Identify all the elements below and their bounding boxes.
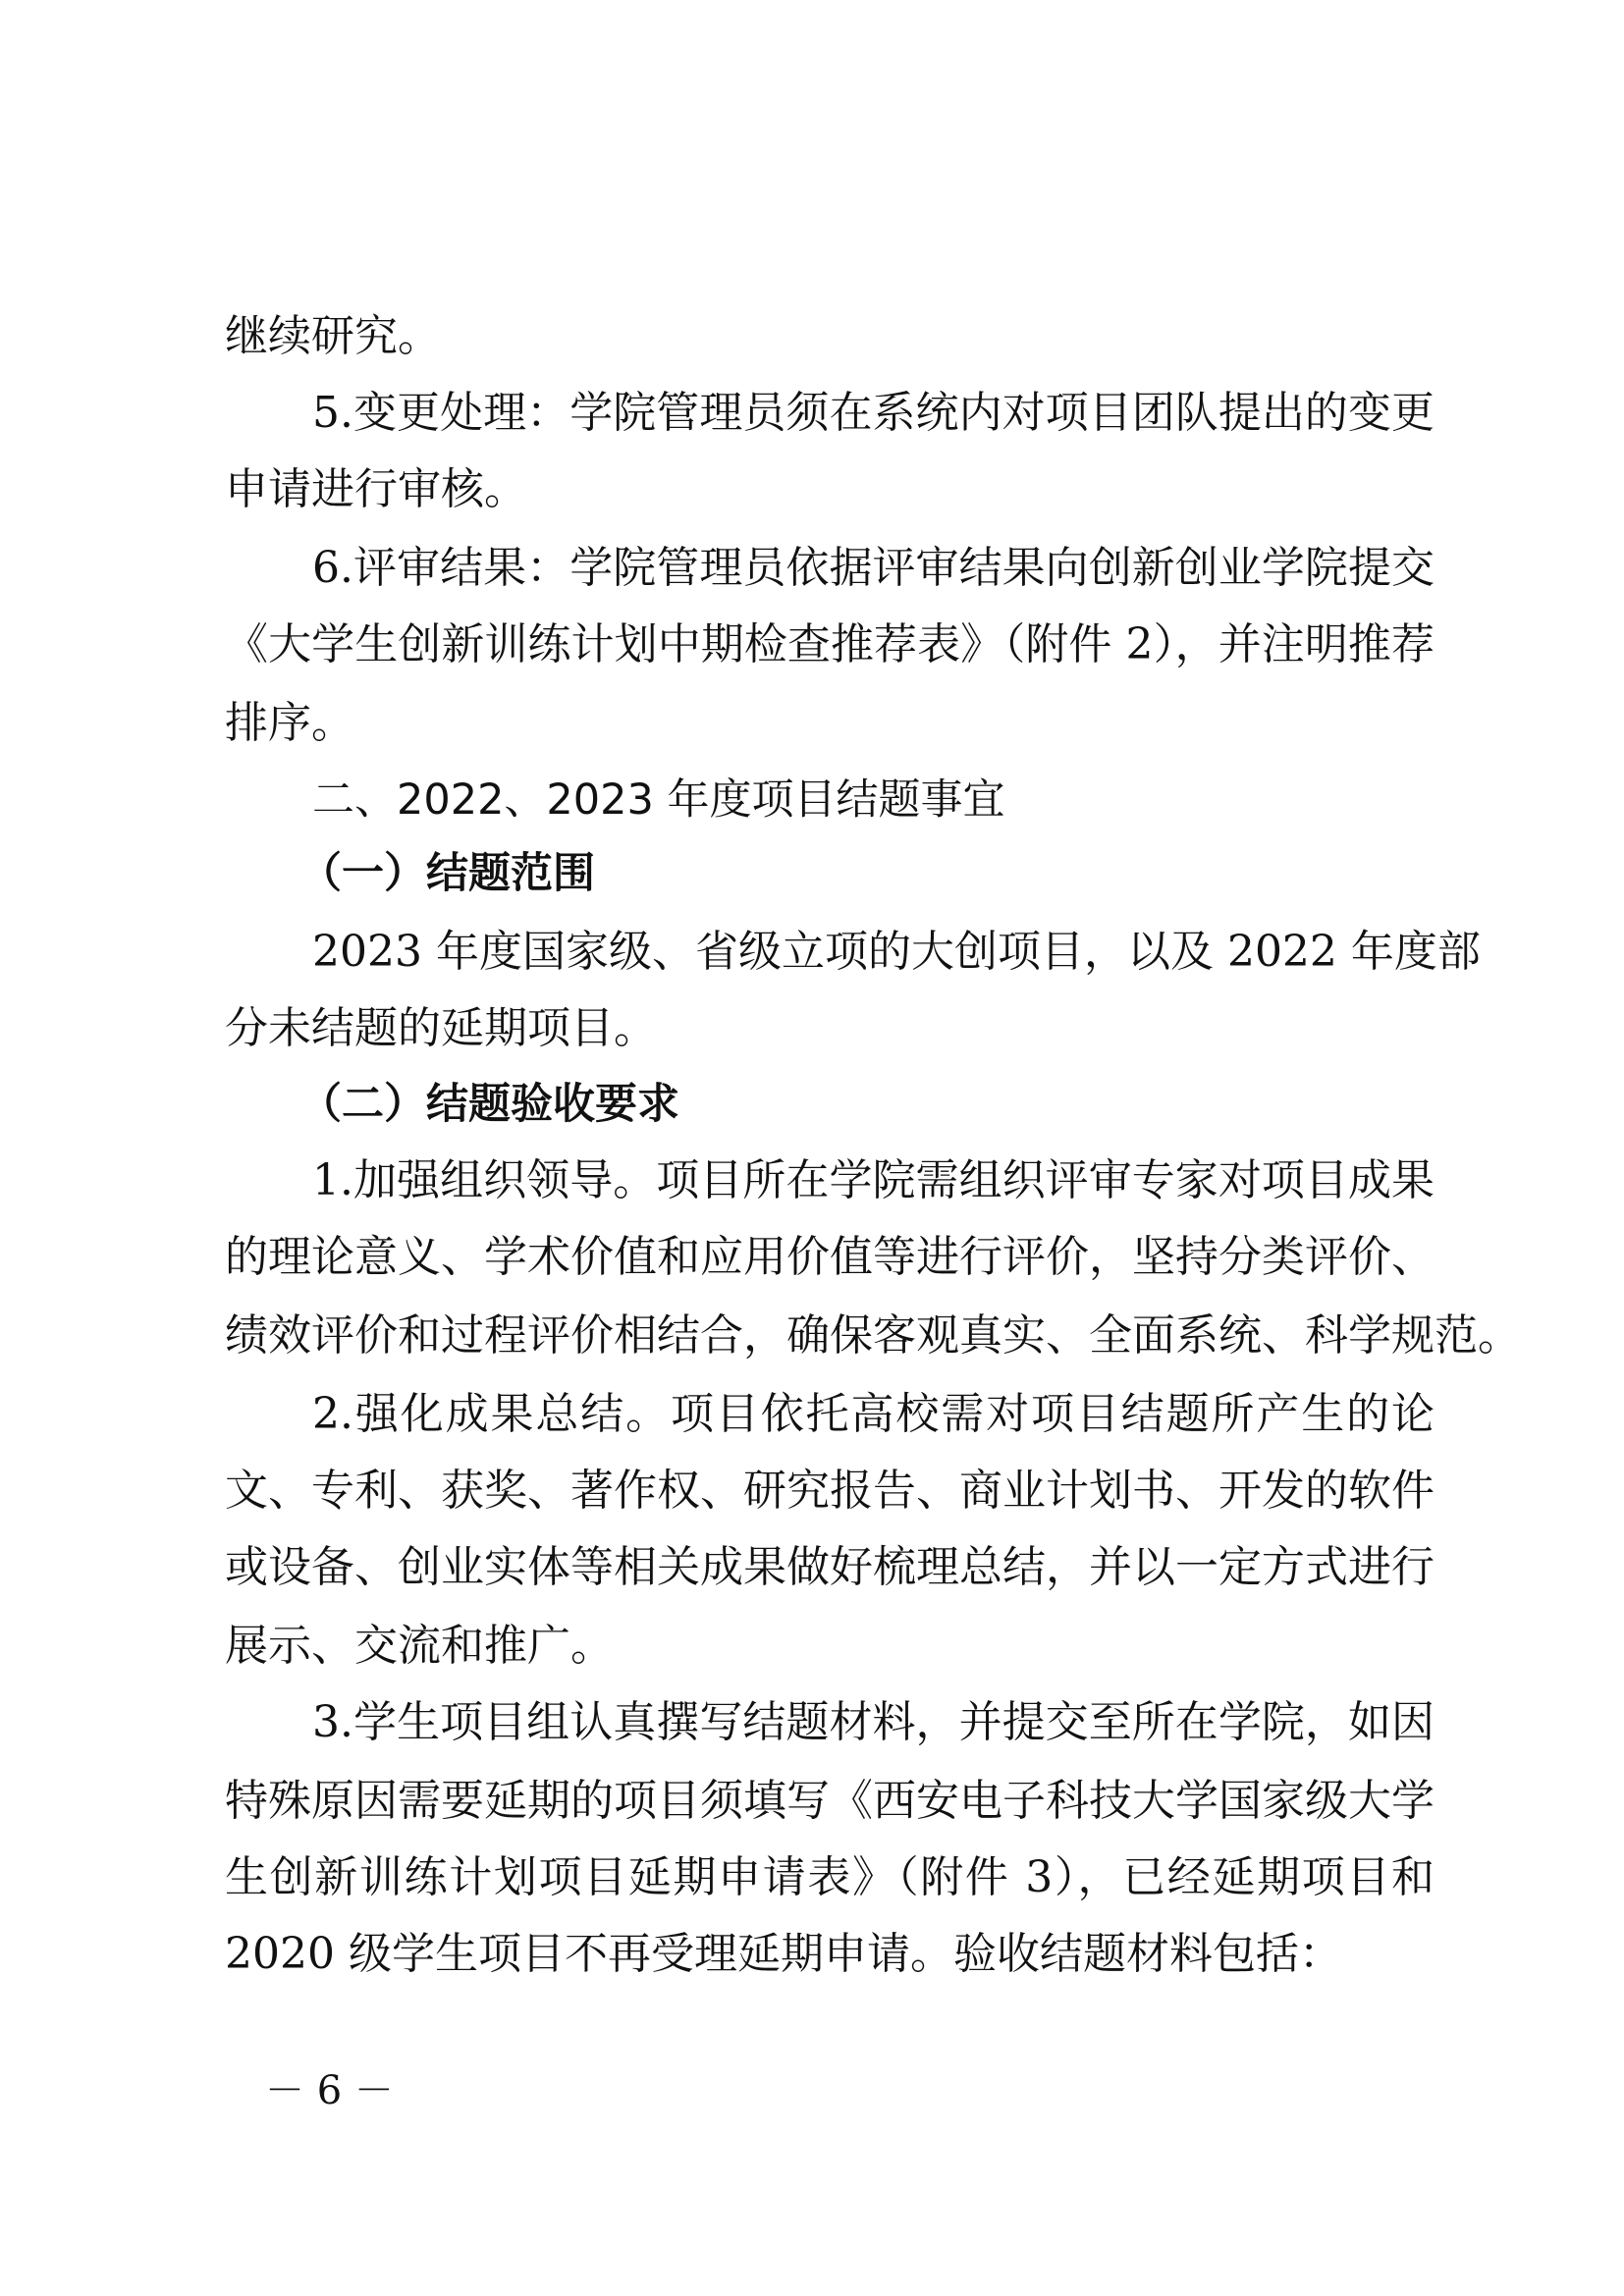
paragraph-line: 3.学生项目组认真撰写结题材料，并提交至所在学院，如因	[312, 1693, 1435, 1752]
paragraph-line: 或设备、创业实体等相关成果做好梳理总结，并以一定方式进行	[225, 1538, 1435, 1597]
document-page: 继续研究。 5.变更处理：学院管理员须在系统内对项目团队提出的变更 申请进行审核…	[0, 0, 1624, 2296]
paragraph-line: 1.加强组织领导。项目所在学院需组织评审专家对项目成果	[312, 1151, 1435, 1210]
paragraph-line: 特殊原因需要延期的项目须填写《西安电子科技大学国家级大学	[225, 1772, 1435, 1831]
paragraph-line: 5.变更处理：学院管理员须在系统内对项目团队提出的变更	[312, 384, 1435, 443]
section-heading: 二、2022、2023 年度项目结题事宜	[312, 771, 1435, 829]
paragraph-line: 分未结题的延期项目。	[225, 999, 1435, 1058]
paragraph-line: 文、专利、获奖、著作权、研究报告、商业计划书、开发的软件	[225, 1462, 1435, 1521]
paragraph-line: 生创新训练计划项目延期申请表》（附件 3），已经延期项目和	[225, 1848, 1435, 1907]
paragraph-line: 6.评审结果：学院管理员依据评审结果向创新创业学院提交	[312, 539, 1435, 598]
paragraph-line: 申请进行审核。	[225, 460, 1435, 519]
paragraph-line: 2023 年度国家级、省级立项的大创项目，以及 2022 年度部	[312, 923, 1435, 982]
paragraph-line: 排序。	[225, 694, 1435, 753]
subsection-heading: （一）结题范围	[299, 844, 1509, 903]
paragraph-line: 的理论意义、学术价值和应用价值等进行评价，坚持分类评价、	[225, 1228, 1435, 1287]
paragraph-line: 《大学生创新训练计划中期检查推荐表》（附件 2），并注明推荐	[225, 615, 1435, 674]
paragraph-line: 展示、交流和推广。	[225, 1617, 1435, 1676]
paragraph-line: 继续研究。	[225, 307, 1435, 366]
paragraph-line: 2020 级学生项目不再受理延期申请。验收结题材料包括：	[225, 1925, 1435, 1984]
paragraph-line: 2.强化成果总结。项目依托高校需对项目结题所产生的论	[312, 1385, 1435, 1444]
subsection-heading: （二）结题验收要求	[299, 1075, 1509, 1134]
paragraph-line: 绩效评价和过程评价相结合，确保客观真实、全面系统、科学规范。	[225, 1307, 1435, 1365]
page-number: － 6 －	[265, 2061, 461, 2120]
